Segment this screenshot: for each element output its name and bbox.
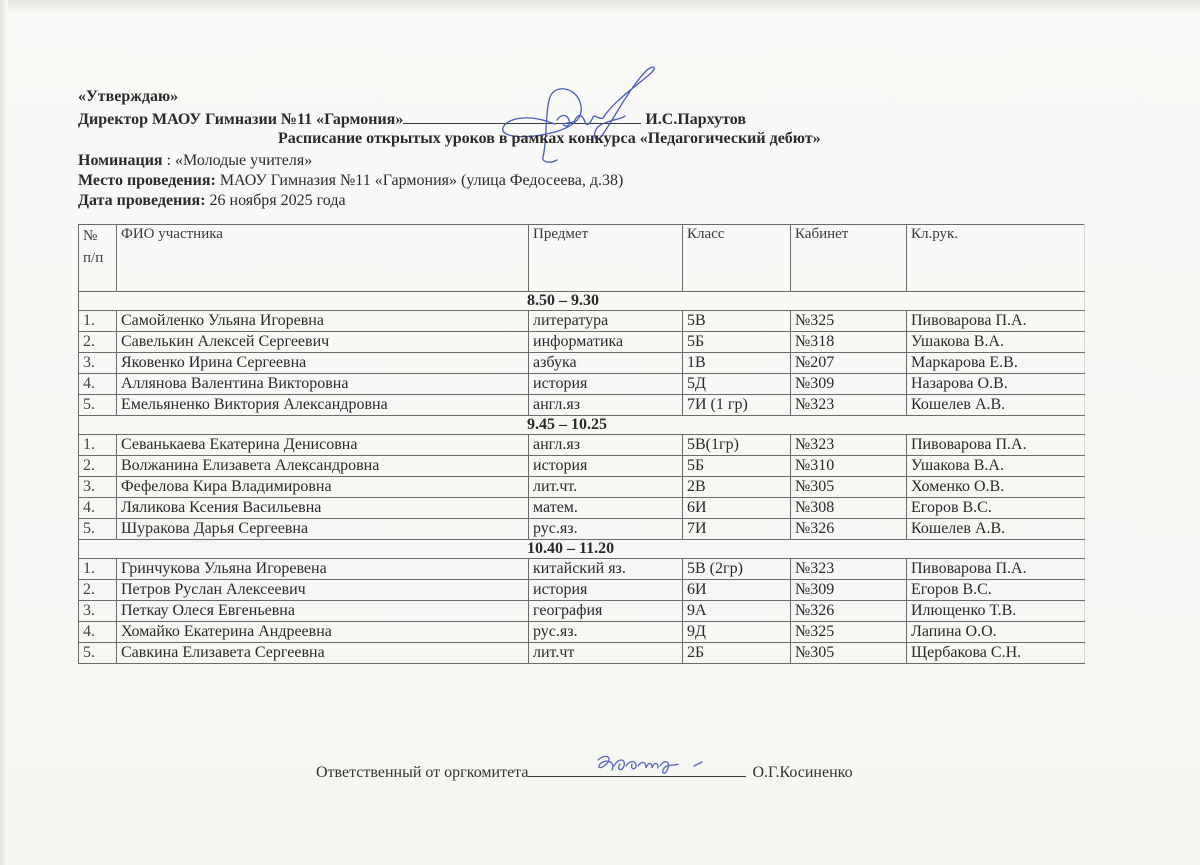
subject: информатика xyxy=(529,332,683,353)
participant-name: Аллянова Валентина Викторовна xyxy=(117,374,529,395)
row-number: 3. xyxy=(79,477,117,498)
class: 2Б xyxy=(683,643,791,664)
class-teacher: Егоров В.С. xyxy=(907,498,1085,519)
session-time: 8.50 – 9.30 xyxy=(79,292,1085,311)
director-line: Директор МАОУ Гимназии №11 «Гармония»И.С… xyxy=(78,109,746,129)
room: №309 xyxy=(791,580,907,601)
date-value: 26 ноября 2025 года xyxy=(206,192,346,209)
participant-name: Петкау Олеся Евгеньевна xyxy=(117,601,529,622)
director-signature-line xyxy=(403,109,641,124)
row-number: 1. xyxy=(79,559,117,580)
nomination-label: Номинация xyxy=(78,152,163,169)
column-header: Класс xyxy=(683,225,791,292)
participant-name: Волжанина Елизавета Александровна xyxy=(117,456,529,477)
class-teacher: Кошелев А.В. xyxy=(907,519,1085,540)
participant-name: Севанькаева Екатерина Денисовна xyxy=(117,435,529,456)
table-row: 4.Аллянова Валентина Викторовнаистория5Д… xyxy=(79,374,1085,395)
column-header: Кабинет xyxy=(791,225,907,292)
row-number: 2. xyxy=(79,332,117,353)
table-row: 4.Ляликова Ксения Васильевнаматем.6И№308… xyxy=(79,498,1085,519)
room: №305 xyxy=(791,477,907,498)
class-teacher: Илющенко Т.В. xyxy=(907,601,1085,622)
venue-line: Место проведения: МАОУ Гимназия №11 «Гар… xyxy=(78,172,623,190)
subject: история xyxy=(529,580,683,601)
class: 5В xyxy=(683,311,791,332)
class: 5В(1гр) xyxy=(683,435,791,456)
row-number: 2. xyxy=(79,456,117,477)
class: 6И xyxy=(683,580,791,601)
subject: география xyxy=(529,601,683,622)
table-row: 2.Петров Руслан Алексеевичистория6И№309Е… xyxy=(79,580,1085,601)
participant-name: Петров Руслан Алексеевич xyxy=(117,580,529,601)
class: 9А xyxy=(683,601,791,622)
table-row: 2.Волжанина Елизавета Александровнаистор… xyxy=(79,456,1085,477)
participant-name: Гринчукова Ульяна Игоревена xyxy=(117,559,529,580)
row-number: 4. xyxy=(79,622,117,643)
participant-name: Яковенко Ирина Сергеевна xyxy=(117,353,529,374)
row-number: 3. xyxy=(79,601,117,622)
row-number: 4. xyxy=(79,374,117,395)
table-row: 3.Яковенко Ирина Сергеевнаазбука1В№207Ма… xyxy=(79,353,1085,374)
table-header-row: № п/пФИО участникаПредметКлассКабинетКл.… xyxy=(79,225,1085,292)
class: 6И xyxy=(683,498,791,519)
subject: история xyxy=(529,456,683,477)
room: №207 xyxy=(791,353,907,374)
class-teacher: Егоров В.С. xyxy=(907,580,1085,601)
class-teacher: Ушакова В.А. xyxy=(907,332,1085,353)
participant-name: Ляликова Ксения Васильевна xyxy=(117,498,529,519)
room: №323 xyxy=(791,395,907,416)
class-teacher: Кошелев А.В. xyxy=(907,395,1085,416)
class: 7И xyxy=(683,519,791,540)
session-time-row: 8.50 – 9.30 xyxy=(79,292,1085,311)
table-row: 1.Самойленко Ульяна Игоревналитература5В… xyxy=(79,311,1085,332)
nomination-line: Номинация : «Молодые учителя» xyxy=(78,152,312,170)
row-number: 3. xyxy=(79,353,117,374)
class-teacher: Лапина О.О. xyxy=(907,622,1085,643)
row-number: 2. xyxy=(79,580,117,601)
scanned-document: «Утверждаю» Директор МАОУ Гимназии №11 «… xyxy=(0,0,1200,865)
footer-signoff: Ответственный от оргкомитетаО.Г.Косиненк… xyxy=(316,762,853,782)
table-row: 2.Савелькин Алексей Сергеевичинформатика… xyxy=(79,332,1085,353)
class: 5Д xyxy=(683,374,791,395)
table-row: 3.Петкау Олеся Евгеньевнагеография9А№326… xyxy=(79,601,1085,622)
class: 9Д xyxy=(683,622,791,643)
scan-edge xyxy=(0,0,1200,12)
subject: история xyxy=(529,374,683,395)
table-row: 4.Хомайко Екатерина Андреевнарус.яз.9Д№3… xyxy=(79,622,1085,643)
column-header: Кл.рук. xyxy=(907,225,1085,292)
class-teacher: Хоменко О.В. xyxy=(907,477,1085,498)
table-row: 5.Емельяненко Виктория Александровнаангл… xyxy=(79,395,1085,416)
schedule-title: Расписание открытых уроков в рамках конк… xyxy=(278,130,821,148)
session-time-row: 9.45 – 10.25 xyxy=(79,416,1085,435)
subject: рус.яз. xyxy=(529,519,683,540)
class: 2В xyxy=(683,477,791,498)
participant-name: Фефелова Кира Владимировна xyxy=(117,477,529,498)
subject: англ.яз xyxy=(529,435,683,456)
footer-name: О.Г.Косиненко xyxy=(752,764,852,781)
class-teacher: Пивоварова П.А. xyxy=(907,435,1085,456)
director-label: Директор МАОУ Гимназии №11 «Гармония» xyxy=(78,111,403,128)
class: 5Б xyxy=(683,456,791,477)
class-teacher: Ушакова В.А. xyxy=(907,456,1085,477)
row-number: 5. xyxy=(79,643,117,664)
scan-edge xyxy=(0,0,8,865)
column-header: Предмет xyxy=(529,225,683,292)
table-row: 5.Савкина Елизавета Сергеевналит.чт2Б№30… xyxy=(79,643,1085,664)
session-time: 10.40 – 11.20 xyxy=(79,540,1085,559)
room: №326 xyxy=(791,519,907,540)
schedule-table: № п/пФИО участникаПредметКлассКабинетКл.… xyxy=(78,224,1085,664)
row-number: 1. xyxy=(79,311,117,332)
class-teacher: Назарова О.В. xyxy=(907,374,1085,395)
room: №325 xyxy=(791,311,907,332)
class-teacher: Пивоварова П.А. xyxy=(907,559,1085,580)
subject: азбука xyxy=(529,353,683,374)
table-row: 1.Гринчукова Ульяна Игоревенакитайский я… xyxy=(79,559,1085,580)
room: №308 xyxy=(791,498,907,519)
room: №325 xyxy=(791,622,907,643)
venue-value: МАОУ Гимназия №11 «Гармония» (улица Федо… xyxy=(216,172,624,189)
class-teacher: Щербакова С.Н. xyxy=(907,643,1085,664)
subject: лит.чт xyxy=(529,643,683,664)
approval-heading: «Утверждаю» xyxy=(78,88,178,106)
subject: рус.яз. xyxy=(529,622,683,643)
row-number: 4. xyxy=(79,498,117,519)
subject: матем. xyxy=(529,498,683,519)
footer-label: Ответственный от оргкомитета xyxy=(316,764,528,781)
table-row: 3.Фефелова Кира Владимировналит.чт.2В№30… xyxy=(79,477,1085,498)
class-teacher: Пивоварова П.А. xyxy=(907,311,1085,332)
participant-name: Хомайко Екатерина Андреевна xyxy=(117,622,529,643)
row-number: 5. xyxy=(79,395,117,416)
participant-name: Савелькин Алексей Сергеевич xyxy=(117,332,529,353)
nomination-value: : «Молодые учителя» xyxy=(163,152,313,169)
subject: англ.яз xyxy=(529,395,683,416)
room: №323 xyxy=(791,435,907,456)
participant-name: Емельяненко Виктория Александровна xyxy=(117,395,529,416)
row-number: 1. xyxy=(79,435,117,456)
column-header: № п/п xyxy=(79,225,117,292)
date-label: Дата проведения: xyxy=(78,192,206,209)
venue-label: Место проведения: xyxy=(78,172,216,189)
class: 1В xyxy=(683,353,791,374)
class: 5В (2гр) xyxy=(683,559,791,580)
room: №305 xyxy=(791,643,907,664)
footer-signature-line xyxy=(528,762,746,777)
room: №310 xyxy=(791,456,907,477)
subject: лит.чт. xyxy=(529,477,683,498)
participant-name: Шуракова Дарья Сергеевна xyxy=(117,519,529,540)
room: №323 xyxy=(791,559,907,580)
table-row: 1.Севанькаева Екатерина Денисовнаангл.яз… xyxy=(79,435,1085,456)
director-name: И.С.Пархутов xyxy=(645,111,746,128)
row-number: 5. xyxy=(79,519,117,540)
subject: китайский яз. xyxy=(529,559,683,580)
subject: литература xyxy=(529,311,683,332)
date-line: Дата проведения: 26 ноября 2025 года xyxy=(78,192,346,210)
participant-name: Савкина Елизавета Сергеевна xyxy=(117,643,529,664)
table-row: 5.Шуракова Дарья Сергеевнарус.яз.7И№326К… xyxy=(79,519,1085,540)
room: №309 xyxy=(791,374,907,395)
room: №326 xyxy=(791,601,907,622)
participant-name: Самойленко Ульяна Игоревна xyxy=(117,311,529,332)
column-header: ФИО участника xyxy=(117,225,529,292)
class: 5Б xyxy=(683,332,791,353)
room: №318 xyxy=(791,332,907,353)
class: 7И (1 гр) xyxy=(683,395,791,416)
session-time: 9.45 – 10.25 xyxy=(79,416,1085,435)
session-time-row: 10.40 – 11.20 xyxy=(79,540,1085,559)
class-teacher: Маркарова Е.В. xyxy=(907,353,1085,374)
